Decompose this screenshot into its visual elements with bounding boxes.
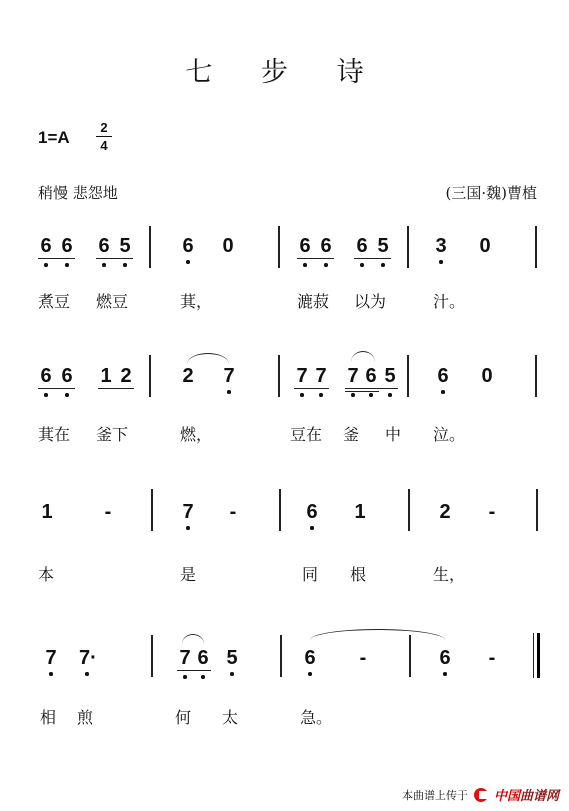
- lyric: 中: [385, 422, 401, 445]
- note: 6: [195, 648, 211, 668]
- barline: [536, 489, 538, 531]
- barline: [151, 635, 153, 677]
- barline: [149, 355, 151, 397]
- sixteenth-underline: [345, 391, 379, 392]
- barline: [407, 226, 409, 268]
- time-signature-bottom: 4: [96, 138, 112, 153]
- note: 7: [294, 366, 310, 386]
- note: 6: [354, 236, 370, 256]
- lyric: 釜下: [96, 422, 128, 445]
- note: 6: [302, 648, 318, 668]
- note: 7: [221, 366, 237, 386]
- lyric: 根: [350, 562, 366, 585]
- footer-credit: 本曲谱上传于 中国曲谱网: [402, 785, 559, 804]
- barline: [149, 226, 151, 268]
- eighth-underline: [38, 258, 75, 259]
- note: 6: [38, 366, 54, 386]
- note: 7·: [79, 648, 95, 668]
- slur: [351, 351, 375, 362]
- eighth-underline: [98, 388, 134, 389]
- lyric: 本: [38, 562, 54, 585]
- site-logo-text-2[interactable]: 曲谱网: [520, 785, 559, 804]
- eighth-underline: [297, 258, 334, 259]
- note: 5: [375, 236, 391, 256]
- final-barline-thin: [533, 633, 534, 678]
- note: 6: [38, 236, 54, 256]
- note: 7: [177, 648, 193, 668]
- note: 1: [98, 366, 114, 386]
- note: 2: [180, 366, 196, 386]
- lyric: 煎: [77, 705, 93, 728]
- lyric: 急。: [300, 705, 332, 728]
- note: 6: [96, 236, 112, 256]
- author-credit: (三国·魏)曹植: [446, 182, 537, 203]
- barline: [535, 355, 537, 397]
- lyric: 萁，: [180, 289, 212, 312]
- lyric: 何: [175, 705, 191, 728]
- barline: [151, 489, 153, 531]
- site-logo-text-1[interactable]: 中国: [494, 785, 520, 804]
- song-title: 七 步 诗: [0, 50, 569, 89]
- time-signature-divider: [96, 136, 112, 137]
- note: 0: [477, 236, 493, 256]
- eighth-underline: [294, 388, 329, 389]
- note: 6: [59, 366, 75, 386]
- note: 7: [345, 366, 361, 386]
- note: 5: [382, 366, 398, 386]
- site-logo-icon: [474, 788, 488, 802]
- time-signature: 2 4: [96, 120, 112, 153]
- lyric: 燃豆: [96, 289, 128, 312]
- note: 7: [180, 502, 196, 522]
- barline: [535, 226, 537, 268]
- note: 2: [118, 366, 134, 386]
- barline: [409, 635, 411, 677]
- time-signature-top: 2: [96, 120, 112, 135]
- note: 2: [437, 502, 453, 522]
- footer-text: 本曲谱上传于: [402, 787, 468, 803]
- note: -: [225, 502, 241, 522]
- lyric: 釜: [343, 422, 359, 445]
- lyric: 同: [302, 562, 318, 585]
- tie: [310, 629, 445, 640]
- note: 7: [313, 366, 329, 386]
- note: 1: [352, 502, 368, 522]
- note: -: [484, 648, 500, 668]
- barline: [280, 635, 282, 677]
- eighth-underline: [354, 258, 391, 259]
- lyric: 泣。: [433, 422, 465, 445]
- lyric: 煮豆: [38, 289, 70, 312]
- eighth-underline: [96, 258, 133, 259]
- note: 7: [43, 648, 59, 668]
- note: 6: [59, 236, 75, 256]
- note: 6: [297, 236, 313, 256]
- note: -: [355, 648, 371, 668]
- note: 0: [220, 236, 236, 256]
- note: 6: [363, 366, 379, 386]
- note: 6: [318, 236, 334, 256]
- barline: [407, 355, 409, 397]
- lyric: 汁。: [433, 289, 465, 312]
- barline: [279, 489, 281, 531]
- lyric: 以为: [354, 289, 386, 312]
- note: 0: [479, 366, 495, 386]
- lyric: 是: [180, 562, 196, 585]
- note: 6: [304, 502, 320, 522]
- slur: [187, 353, 229, 364]
- lyric: 萁在: [38, 422, 70, 445]
- lyric: 太: [222, 705, 238, 728]
- eighth-underline: [345, 388, 398, 389]
- note: -: [100, 502, 116, 522]
- tempo-marking: 稍慢 悲怨地: [38, 182, 118, 203]
- eighth-underline: [177, 670, 211, 671]
- note: 5: [224, 648, 240, 668]
- note: 6: [435, 366, 451, 386]
- slur: [182, 634, 204, 644]
- lyric: 相: [40, 705, 56, 728]
- lyric: 生，: [433, 562, 465, 585]
- eighth-underline: [38, 388, 75, 389]
- barline: [278, 226, 280, 268]
- note: 6: [180, 236, 196, 256]
- note: 6: [437, 648, 453, 668]
- key-signature: 1=A: [38, 128, 70, 148]
- barline: [278, 355, 280, 397]
- note: -: [484, 502, 500, 522]
- note: 1: [39, 502, 55, 522]
- lyric: 漉菽: [297, 289, 329, 312]
- barline: [408, 489, 410, 531]
- lyric: 豆在: [290, 422, 322, 445]
- note: 3: [433, 236, 449, 256]
- note: 5: [117, 236, 133, 256]
- lyric: 燃，: [180, 422, 212, 445]
- final-barline-thick: [537, 633, 540, 678]
